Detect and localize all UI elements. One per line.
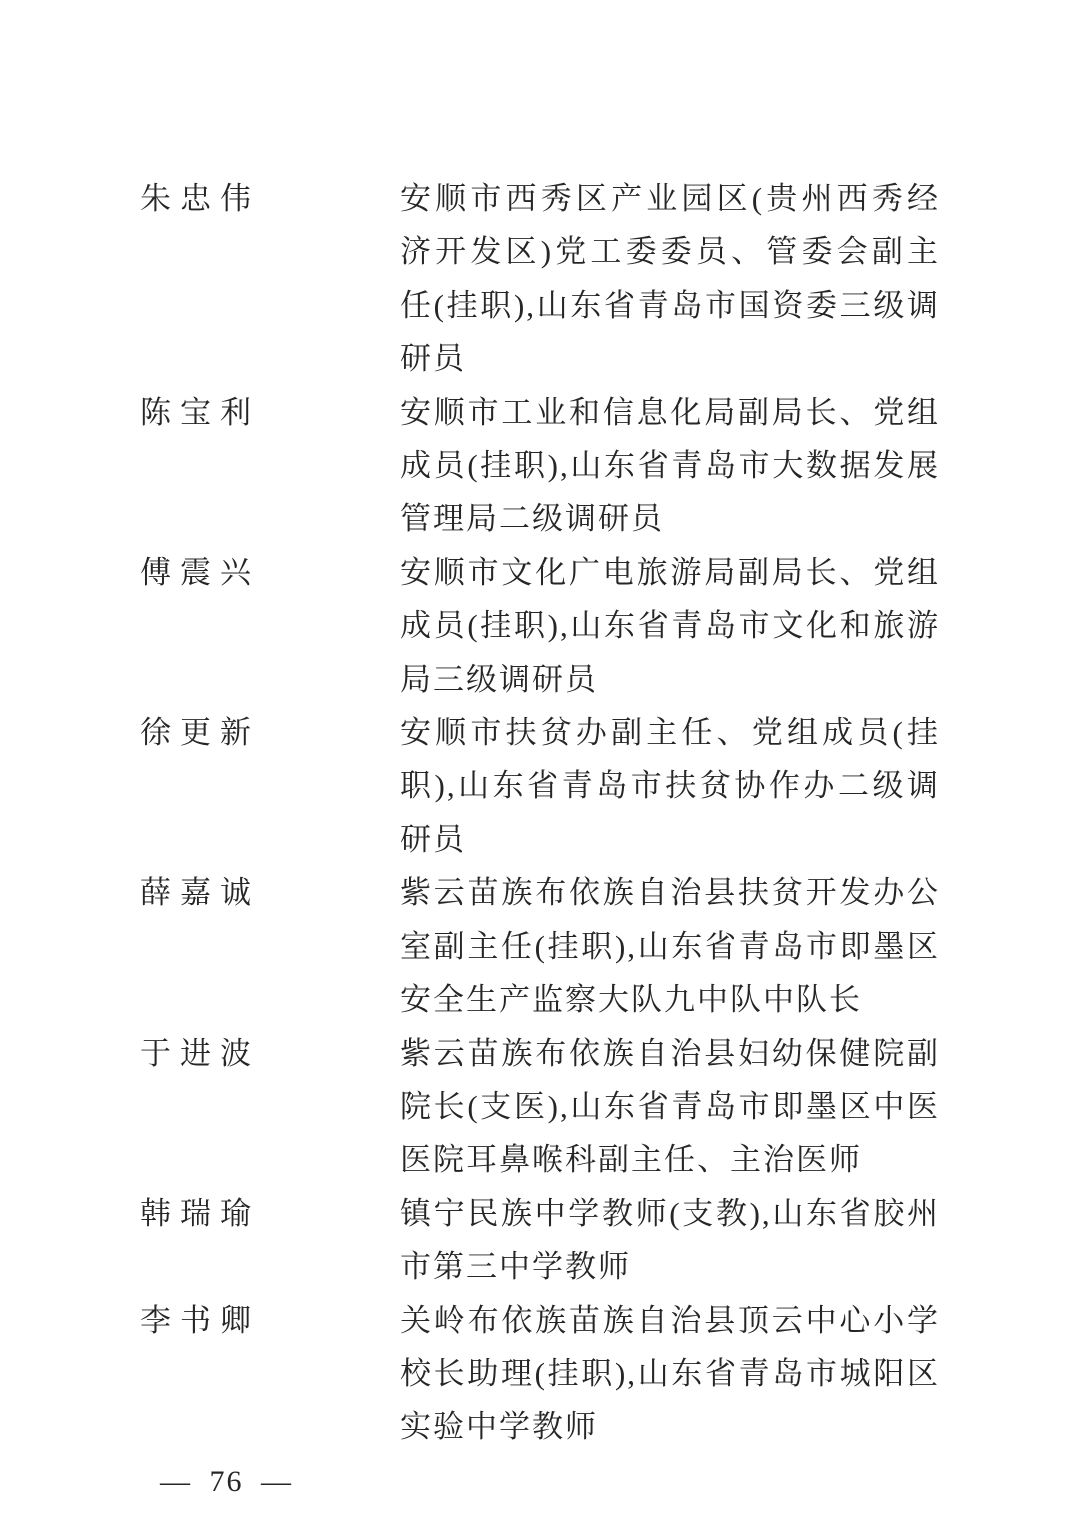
- entry-row: 朱忠伟 安顺市西秀区产业园区(贵州西秀经济开发区)党工委委员、管委会副主任(挂职…: [140, 172, 940, 386]
- person-name: 韩瑞瑜: [140, 1187, 400, 1240]
- person-name: 薛嘉诚: [140, 866, 400, 919]
- person-name: 朱忠伟: [140, 172, 400, 225]
- page-number: — 76 —: [160, 1462, 940, 1502]
- person-position: 紫云苗族布依族自治县扶贫开发办公室副主任(挂职),山东省青岛市即墨区安全生产监察…: [400, 866, 940, 1026]
- person-position: 镇宁民族中学教师(支教),山东省胶州市第三中学教师: [400, 1187, 940, 1294]
- person-position: 安顺市扶贫办副主任、党组成员(挂职),山东省青岛市扶贫协作办二级调研员: [400, 706, 940, 866]
- person-name: 陈宝利: [140, 386, 400, 439]
- person-name: 于进波: [140, 1027, 400, 1080]
- entry-row: 韩瑞瑜 镇宁民族中学教师(支教),山东省胶州市第三中学教师: [140, 1187, 940, 1294]
- person-name: 徐更新: [140, 706, 400, 759]
- person-position: 安顺市工业和信息化局副局长、党组成员(挂职),山东省青岛市大数据发展管理局二级调…: [400, 386, 940, 546]
- person-position: 关岭布依族苗族自治县顶云中心小学校长助理(挂职),山东省青岛市城阳区实验中学教师: [400, 1294, 940, 1454]
- entry-list: 朱忠伟 安顺市西秀区产业园区(贵州西秀经济开发区)党工委委员、管委会副主任(挂职…: [140, 172, 940, 1454]
- entry-row: 陈宝利 安顺市工业和信息化局副局长、党组成员(挂职),山东省青岛市大数据发展管理…: [140, 386, 940, 546]
- person-position: 紫云苗族布依族自治县妇幼保健院副院长(支医),山东省青岛市即墨区中医医院耳鼻喉科…: [400, 1027, 940, 1187]
- entry-row: 傅震兴 安顺市文化广电旅游局副局长、党组成员(挂职),山东省青岛市文化和旅游局三…: [140, 546, 940, 706]
- person-name: 傅震兴: [140, 546, 400, 599]
- document-page: 朱忠伟 安顺市西秀区产业园区(贵州西秀经济开发区)党工委委员、管委会副主任(挂职…: [0, 0, 1080, 1527]
- person-position: 安顺市西秀区产业园区(贵州西秀经济开发区)党工委委员、管委会副主任(挂职),山东…: [400, 172, 940, 386]
- person-position: 安顺市文化广电旅游局副局长、党组成员(挂职),山东省青岛市文化和旅游局三级调研员: [400, 546, 940, 706]
- entry-row: 于进波 紫云苗族布依族自治县妇幼保健院副院长(支医),山东省青岛市即墨区中医医院…: [140, 1027, 940, 1187]
- person-name: 李书卿: [140, 1294, 400, 1347]
- entry-row: 徐更新 安顺市扶贫办副主任、党组成员(挂职),山东省青岛市扶贫协作办二级调研员: [140, 706, 940, 866]
- entry-row: 李书卿 关岭布依族苗族自治县顶云中心小学校长助理(挂职),山东省青岛市城阳区实验…: [140, 1294, 940, 1454]
- entry-row: 薛嘉诚 紫云苗族布依族自治县扶贫开发办公室副主任(挂职),山东省青岛市即墨区安全…: [140, 866, 940, 1026]
